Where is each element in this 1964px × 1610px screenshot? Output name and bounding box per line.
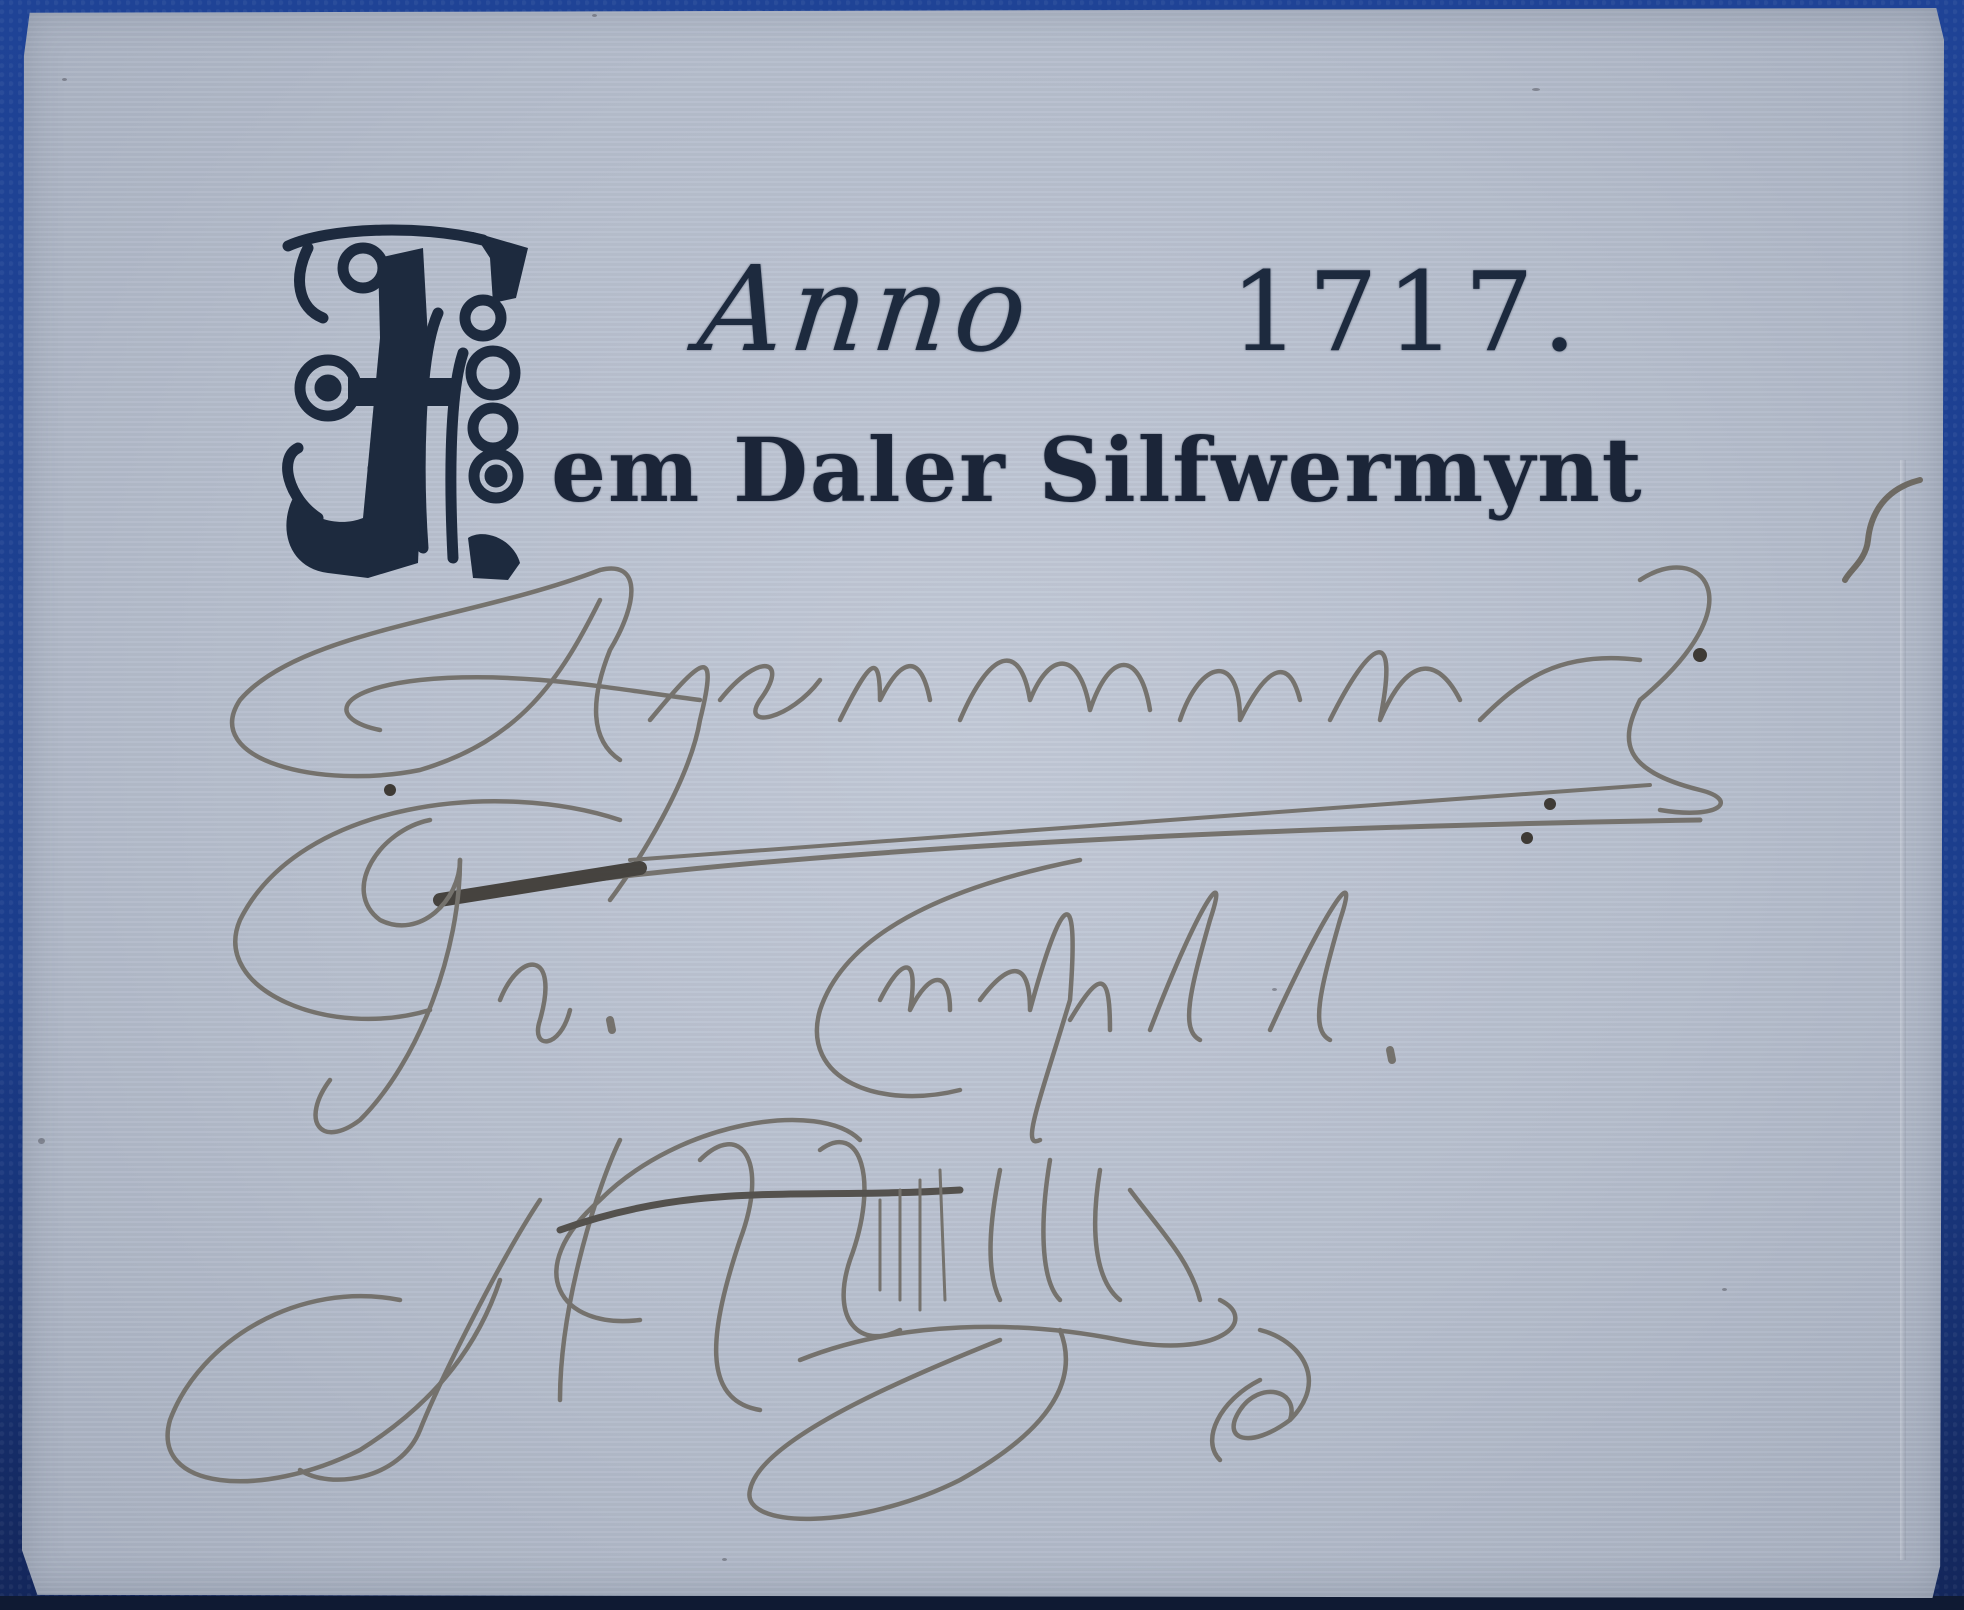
signature-lundall (235, 801, 1392, 1141)
handwritten-signatures (0, 0, 1964, 1610)
signature-hayermarck (232, 567, 1721, 900)
signature-flourish (168, 1120, 1309, 1519)
